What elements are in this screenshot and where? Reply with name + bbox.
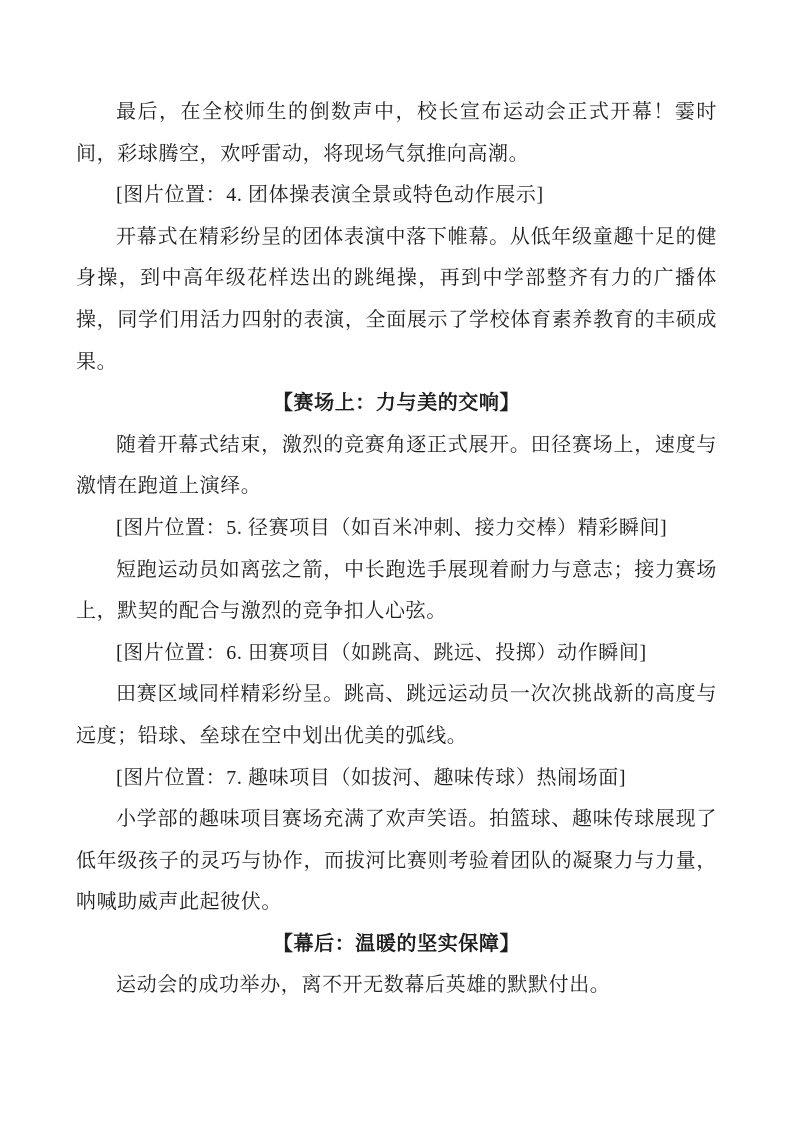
body-paragraph: 田赛区域同样精彩纷呈。跳高、跳远运动员一次次挑战新的高度与远度；铅球、垒球在空中… [76, 674, 717, 757]
image-placeholder-note: [图片位置：7. 趣味项目（如拔河、趣味传球）热闹场面] [76, 758, 717, 800]
body-paragraph: 开幕式在精彩纷呈的团体表演中落下帷幕。从低年级童趣十足的健身操，到中高年级花样迭… [76, 217, 717, 383]
section-heading: 【赛场上：力与美的交响】 [76, 383, 717, 425]
image-placeholder-note: [图片位置：4. 团体操表演全景或特色动作展示] [76, 175, 717, 217]
body-paragraph: 小学部的趣味项目赛场充满了欢声笑语。拍篮球、趣味传球展现了低年级孩子的灵巧与协作… [76, 799, 717, 924]
document-body: 最后，在全校师生的倒数声中，校长宣布运动会正式开幕！霎时间，彩球腾空，欢呼雷动，… [76, 92, 717, 1007]
body-paragraph: 最后，在全校师生的倒数声中，校长宣布运动会正式开幕！霎时间，彩球腾空，欢呼雷动，… [76, 92, 717, 175]
section-heading: 【幕后：温暖的坚实保障】 [76, 924, 717, 966]
image-placeholder-note: [图片位置：6. 田赛项目（如跳高、跳远、投掷）动作瞬间] [76, 633, 717, 675]
body-paragraph: 运动会的成功举办，离不开无数幕后英雄的默默付出。 [76, 965, 717, 1007]
body-paragraph: 短跑运动员如离弦之箭，中长跑选手展现着耐力与意志；接力赛场上，默契的配合与激烈的… [76, 550, 717, 633]
document-page: 最后，在全校师生的倒数声中，校长宣布运动会正式开幕！霎时间，彩球腾空，欢呼雷动，… [0, 0, 793, 1122]
image-placeholder-note: [图片位置：5. 径赛项目（如百米冲刺、接力交棒）精彩瞬间] [76, 508, 717, 550]
body-paragraph: 随着开幕式结束，激烈的竞赛角逐正式展开。田径赛场上，速度与激情在跑道上演绎。 [76, 425, 717, 508]
